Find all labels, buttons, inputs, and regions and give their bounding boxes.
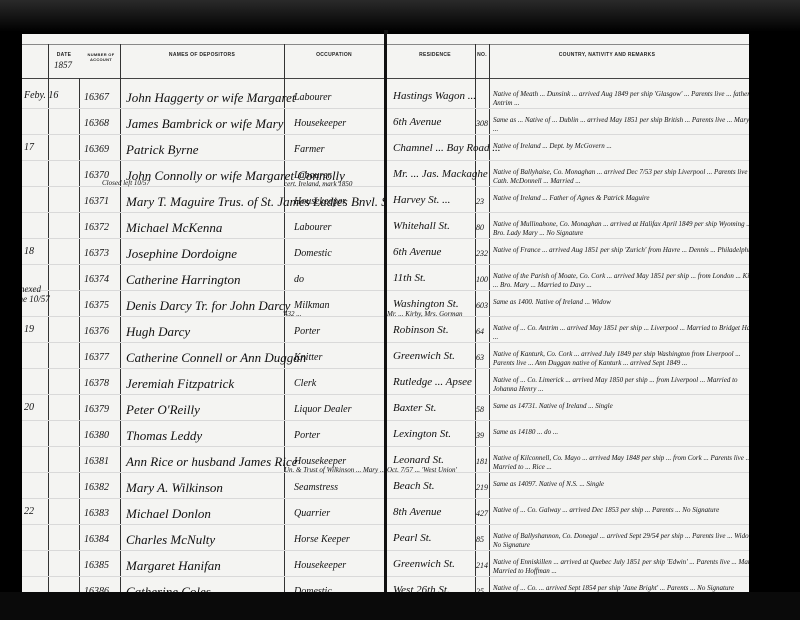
book-number: 64	[476, 327, 484, 336]
header-occupation: Occupation	[286, 52, 382, 58]
depositor-name: Peter O'Reilly	[126, 402, 200, 418]
remarks: Native of Ballyhaise, Co. Monaghan ... a…	[493, 168, 749, 186]
entry-date: 20	[24, 402, 34, 413]
occupation: Housekeeper	[294, 118, 346, 129]
occupation: Domestic	[294, 248, 332, 259]
account-number: 16379	[84, 404, 109, 415]
header-divider	[387, 78, 749, 79]
remarks: Native of Enniskillen ... arrived at Que…	[493, 558, 749, 576]
ruled-line	[387, 368, 749, 369]
column-divider	[284, 44, 285, 592]
header-account-number: Number of Account	[84, 52, 118, 62]
ruled-line	[22, 368, 385, 369]
occupation: Horse Keeper	[294, 534, 350, 545]
residence: Robinson St.	[393, 324, 449, 336]
depositor-name: Catherine Coles	[126, 584, 211, 592]
account-number: 16376	[84, 326, 109, 337]
occupation: Housekeeper	[294, 196, 346, 207]
depositor-name: Catherine Harrington	[126, 272, 240, 288]
ruled-line	[387, 342, 749, 343]
occupation: Seamstress	[294, 482, 338, 493]
remarks: Same as 1400. Native of Ireland ... Wido…	[493, 298, 749, 307]
depositor-name: Ann Rice or husband James Rice	[126, 454, 297, 470]
column-divider	[489, 44, 490, 592]
ruled-line	[22, 290, 385, 291]
entry-date: 22	[24, 506, 34, 517]
ruled-line	[22, 550, 385, 551]
residence: Washington St.	[393, 298, 459, 310]
remarks: Same as 14731. Native of Ireland ... Sin…	[493, 402, 749, 411]
account-number: 16373	[84, 248, 109, 259]
header-residence: Residence	[397, 52, 473, 58]
occupation: Quarrier	[294, 508, 330, 519]
entry-date: 18	[24, 246, 34, 257]
remarks: Same as ... Native of ... Dublin ... arr…	[493, 116, 749, 134]
book-number: 100	[476, 275, 488, 284]
account-number: 16369	[84, 144, 109, 155]
header-number: No.	[475, 52, 489, 58]
residence: Leonard St.	[393, 454, 444, 466]
residence: Greenwich St.	[393, 558, 455, 570]
ledger-right-page: Residence No. Country, Nativity and Rema…	[387, 34, 749, 592]
book-number: 603	[476, 301, 488, 310]
ruled-line	[22, 160, 385, 161]
ruled-line	[22, 420, 385, 421]
depositor-name: Hugh Darcy	[126, 324, 190, 340]
book-number: 85	[476, 535, 484, 544]
ruled-line	[22, 238, 385, 239]
ruled-line	[22, 446, 385, 447]
depositor-name: Thomas Leddy	[126, 428, 202, 444]
ruled-line	[22, 212, 385, 213]
residence: Beach St.	[393, 480, 435, 492]
account-number: 16377	[84, 352, 109, 363]
remarks: Native of Mullinahone, Co. Monaghan ... …	[493, 220, 749, 238]
residence: Chamnel ... Bay Road ...	[393, 142, 501, 154]
depositor-name: Jeremiah Fitzpatrick	[126, 376, 234, 392]
ruled-line	[387, 446, 749, 447]
entry-extra: Un. & Trust of Wilkinson ... Mary ... an…	[284, 466, 385, 474]
book-number: 58	[476, 405, 484, 414]
ledger-left-page: Date 1857 Number of Account Names of Dep…	[22, 34, 385, 592]
entry-note: Closed left 10/57	[102, 179, 150, 187]
book-number: 308	[476, 119, 488, 128]
ruled-line	[387, 212, 749, 213]
account-number: 16367	[84, 92, 109, 103]
remarks: Native of Ireland ... Dept. by McGovern …	[493, 142, 749, 151]
scanner-edge-top	[0, 0, 800, 32]
depositor-name: John Haggerty or wife Margaret	[126, 90, 295, 106]
ruled-line	[387, 394, 749, 395]
depositor-name: Catherine Connell or Ann Duggan	[126, 350, 306, 366]
scanner-edge-bottom	[0, 592, 800, 620]
header-remarks: Country, Nativity and Remarks	[507, 52, 707, 58]
ruled-line	[22, 524, 385, 525]
entry-extra: cert. Ireland, mark 1850	[284, 180, 352, 188]
ruled-line	[387, 264, 749, 265]
occupation: Farmer	[294, 144, 325, 155]
depositor-name: Patrick Byrne	[126, 142, 199, 158]
residence: Mr. ... Jas. Mackaghe	[393, 168, 488, 180]
remarks: Native of Kanturk, Co. Cork ... arrived …	[493, 350, 749, 368]
ruled-line	[22, 394, 385, 395]
ruled-line	[387, 420, 749, 421]
occupation: Porter	[294, 326, 320, 337]
remarks: Native of Ballyshannon, Co. Donegal ... …	[493, 532, 749, 550]
entry-date: Feby. 16	[24, 90, 58, 101]
entry-date: 17	[24, 142, 34, 153]
margin-note: Annexed June 10/57	[22, 284, 50, 304]
occupation: Labourer	[294, 222, 331, 233]
book-number: 80	[476, 223, 484, 232]
residence: 11th St.	[393, 272, 426, 284]
account-number: 16385	[84, 560, 109, 571]
column-divider	[120, 44, 121, 592]
book-number: 232	[476, 249, 488, 258]
residence-note: Oct. 7/57 ... 'West Union'	[387, 466, 457, 474]
remarks: Native of Meath ... Dunsink ... arrived …	[493, 90, 749, 108]
account-number: 16372	[84, 222, 109, 233]
depositor-name: Michael McKenna	[126, 220, 222, 236]
residence: 6th Avenue	[393, 116, 441, 128]
depositor-name: James Bambrick or wife Mary	[126, 116, 283, 132]
remarks: Same as 14180 ... do ...	[493, 428, 749, 437]
entry-extra: 432 ...	[284, 310, 302, 318]
account-number: 16383	[84, 508, 109, 519]
book-number: 63	[476, 353, 484, 362]
ruled-line	[387, 108, 749, 109]
occupation: Porter	[294, 430, 320, 441]
ruled-line	[387, 160, 749, 161]
residence: Lexington St.	[393, 428, 451, 440]
residence: West 26th St.	[393, 584, 450, 592]
ruled-line	[387, 498, 749, 499]
ruled-line	[22, 576, 385, 577]
top-border	[387, 44, 749, 45]
remarks: Native of France ... arrived Aug 1851 pe…	[493, 246, 749, 255]
remarks: Native of ... Co. Antrim ... arrived May…	[493, 324, 749, 342]
book-number: 214	[476, 561, 488, 570]
depositor-name: Mary A. Wilkinson	[126, 480, 223, 496]
header-names: Names of Depositors	[122, 52, 282, 58]
column-divider	[48, 44, 49, 592]
remarks: Native of Ireland ... Father of Agnes & …	[493, 194, 749, 203]
occupation: Liquor Dealer	[294, 404, 352, 415]
ruled-line	[22, 264, 385, 265]
residence: Whitehall St.	[393, 220, 450, 232]
depositor-name: Margaret Hanifan	[126, 558, 221, 574]
residence: 6th Avenue	[393, 246, 441, 258]
account-number: 16368	[84, 118, 109, 129]
occupation: Knitter	[294, 352, 322, 363]
header-divider	[22, 78, 385, 79]
remarks: Native of the Parish of Moate, Co. Cork …	[493, 272, 749, 290]
residence: Hastings Wagon ...	[393, 90, 476, 102]
ruled-line	[387, 238, 749, 239]
remarks: Native of Kilconnell, Co. Mayo ... arriv…	[493, 454, 749, 472]
ruled-line	[22, 134, 385, 135]
residence: Rutledge ... Apsee	[393, 376, 472, 388]
remarks: Native of ... Co. Limerick ... arrived M…	[493, 376, 749, 394]
ruled-line	[22, 498, 385, 499]
remarks: Same as 14097. Native of N.S. ... Single	[493, 480, 749, 489]
ruled-line	[387, 134, 749, 135]
occupation: Labourer	[294, 92, 331, 103]
ruled-line	[387, 290, 749, 291]
ruled-line	[387, 186, 749, 187]
depositor-name: Josephine Dordoigne	[126, 246, 237, 262]
ruled-line	[387, 550, 749, 551]
account-number: 16374	[84, 274, 109, 285]
residence-note: Mr. ... Kirby, Mrs. Gorman	[387, 310, 462, 318]
header-year: 1857	[54, 60, 72, 70]
depositor-name: Michael Donlon	[126, 506, 211, 522]
account-number: 16378	[84, 378, 109, 389]
account-number: 16381	[84, 456, 109, 467]
book-number: 219	[476, 483, 488, 492]
remarks: Native of ... Co. Galway ... arrived Dec…	[493, 506, 749, 515]
depositor-name: Charles McNulty	[126, 532, 215, 548]
ruled-line	[22, 342, 385, 343]
residence: Pearl St.	[393, 532, 432, 544]
account-number: 16384	[84, 534, 109, 545]
residence: Baxter St.	[393, 402, 436, 414]
residence: Harvey St. ...	[393, 194, 450, 206]
account-number: 16380	[84, 430, 109, 441]
account-number: 16375	[84, 300, 109, 311]
top-border	[22, 44, 385, 45]
depositor-name: Denis Darcy Tr. for John Darcy	[126, 298, 290, 314]
ruled-line	[387, 524, 749, 525]
account-number: 16382	[84, 482, 109, 493]
column-divider	[79, 78, 80, 592]
remarks: Native of ... Co. ... arrived Sept 1854 …	[493, 584, 749, 592]
book-number: 39	[476, 431, 484, 440]
book-number: 181	[476, 457, 488, 466]
occupation: Housekeeper	[294, 560, 346, 571]
residence: 8th Avenue	[393, 506, 441, 518]
occupation: do	[294, 274, 304, 285]
book-number: 23	[476, 197, 484, 206]
entry-date: 19	[24, 324, 34, 335]
occupation: Clerk	[294, 378, 316, 389]
ruled-line	[22, 316, 385, 317]
account-number: 16371	[84, 196, 109, 207]
ruled-line	[22, 108, 385, 109]
residence: Greenwich St.	[393, 350, 455, 362]
book-number: 427	[476, 509, 488, 518]
ruled-line	[387, 576, 749, 577]
header-date: Date	[50, 52, 78, 58]
